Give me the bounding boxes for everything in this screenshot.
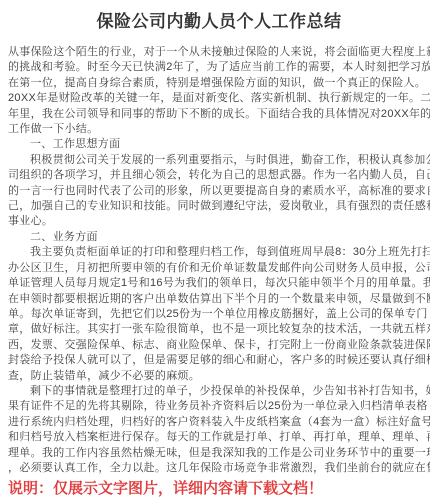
text-line: 积极贯彻公司关于发展的一系列重要指示，与时俱进，勤奋工作，积极认真参加公	[8, 153, 430, 168]
text-line: 进行系统内归档处理，归档好的客户资料装入牛皮纸档案盒（4套为一盒）标注好盒号	[8, 415, 430, 430]
text-line: 事业心。	[8, 214, 430, 229]
text-line: 章，做好标注。其实打一张车险很简单，也不是一项比较复杂的技术活，一共就五样东	[8, 322, 430, 337]
text-line: 理单。我的工作内容虽然枯燥无味，但是我深知我的工作是公司业务环节中的重要一环	[8, 446, 430, 461]
text-line: 果有证件不足的先将其剔除，待业务员补齐资料后以25份为一单位录入归档清单表格	[8, 399, 430, 414]
text-line: 我主要负责柜面单证的打印和整理归档工作，每到值班周早晨8：30分上班先打扫	[8, 245, 430, 260]
text-line: 20XX年是财险改革的关键一年，是面对新变化、落实新机制、执行新规定的一年。二	[8, 91, 430, 106]
document-page: 保险公司内勤人员个人工作总结 从事保险这个陌生的行业，对于一个从未接触过保险的人…	[0, 0, 438, 500]
text-line: 一、工作思想方面	[8, 137, 430, 152]
text-line: 二、业务方面	[8, 230, 430, 245]
text-line: 的一言一行也同时代表了公司的形象，所以更要提高自身的素质水平，高标准的要求自	[8, 184, 430, 199]
text-line: 查，防止装错单，减少不必要的麻烦。	[8, 369, 430, 384]
text-line: ，必须要认真工作，全力以赴。这几年保险市场竞争非常激烈，我们坐前台的就应在售	[8, 461, 430, 476]
document-body: 从事保险这个陌生的行业，对于一个从未接触过保险的人来说，将会面临更大程度上新的挑…	[0, 45, 438, 476]
text-line: 在第一位，提高自身综合素质，特别是增强保险方面的知识，做一个真正的保险人。	[8, 76, 430, 91]
text-line: 工作做一下小结。	[8, 122, 430, 137]
text-line: 办公区卫生，月初把所要申领的有价和无价单证数量发邮件向公司财务人员申报，公司	[8, 261, 430, 276]
text-line: 单证管理人员每月规定1号和16号为我们的领单日，每次只能申领半个月的用单量。我	[8, 276, 430, 291]
text-line: 在申领时都要根据近期的客户出单数估算出下半个月的一个数量来申领，尽量做到不断	[8, 292, 430, 307]
text-line: 剩下的事情就是整理打过的单子，少投保单的补投保单，少告知书补打告知书，如	[8, 384, 430, 399]
text-line: 西，发票、交强险保单、标志、商业险保单、保卡，打完附上一份商业险条款装进保险	[8, 338, 430, 353]
text-line: 从事保险这个陌生的行业，对于一个从未接触过保险的人来说，将会面临更大程度上新	[8, 45, 430, 60]
text-line: 己，加强自己的专业知识和技能。同时做到遵纪守法，爱岗敬业，具有强烈的责任感和	[8, 199, 430, 214]
text-line: 单。每次单证寄到，先把它们以25份为一个单位用橡皮筋捆好，盖上公司的保单专门	[8, 307, 430, 322]
text-line: 司组织的各项学习，并且细心领会，转化为自己的思想武器。作为一名内勤人员，自己	[8, 168, 430, 183]
page-title: 保险公司内勤人员个人工作总结	[8, 12, 430, 32]
text-line: 和归档号放入档案柜进行保存。每天的工作就是打单、打单、再打单，理单、理单、再	[8, 430, 430, 445]
text-line: 的挑战和考验。时至今天已快满2年了，为了适应当前工作的需要，本人时刻把学习放	[8, 60, 430, 75]
disclaimer-note: 说明：仅展示文字图片，详细内容请下载文档！	[8, 480, 430, 498]
text-line: 年里，我在公司领导和同事的帮助下不断的成长。下面结合我的具体情况对20XX年的	[8, 107, 430, 122]
text-line: 封袋给予投保人就可以了，但是需要足够的细心和耐心，客户多的时候还要认真仔细检	[8, 353, 430, 368]
